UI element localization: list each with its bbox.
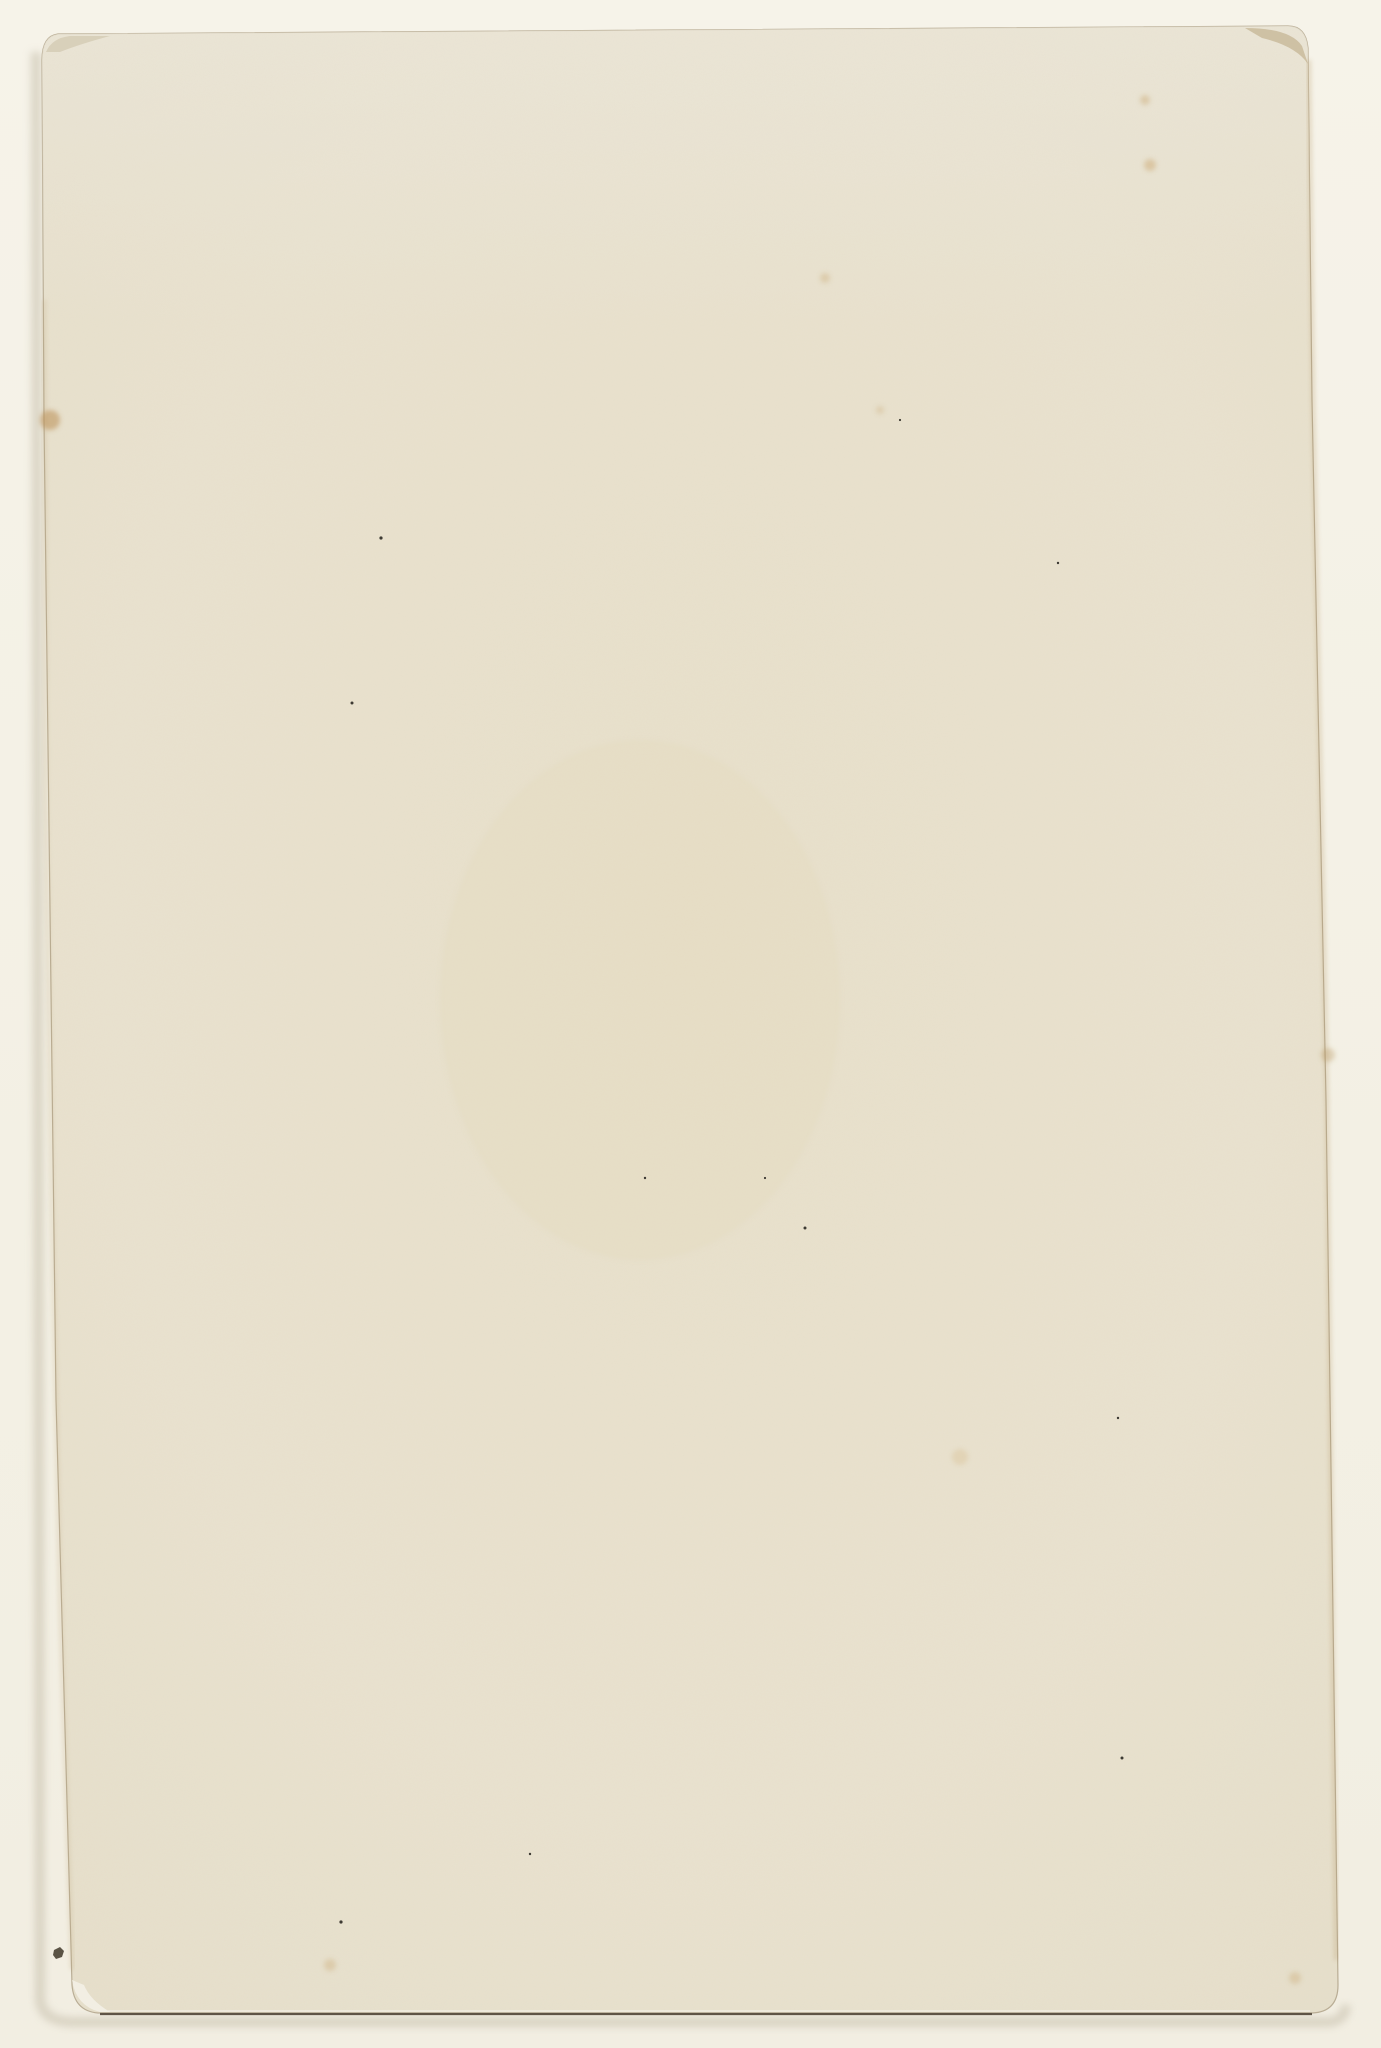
dust-fleck xyxy=(53,1947,64,1959)
blank-card-back xyxy=(0,0,1381,2048)
card-shape xyxy=(0,0,1381,2048)
